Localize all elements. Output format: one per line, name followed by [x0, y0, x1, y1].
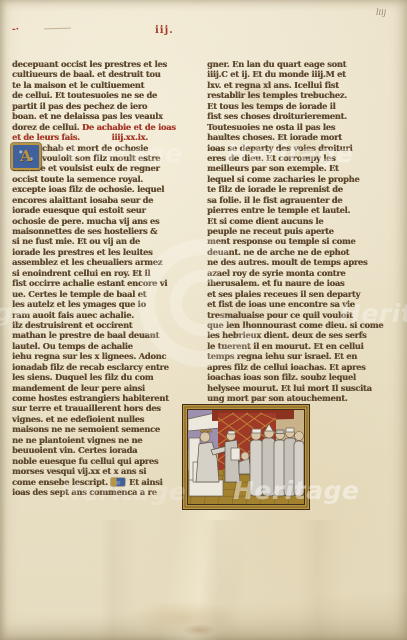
text-line: ochosie de pere. mucha vij ans es	[12, 216, 176, 226]
kneeling-figure	[239, 452, 251, 474]
body-text: te la maison et le cultiuement	[12, 80, 144, 90]
text-line: occist toute la semence royal.	[12, 174, 176, 184]
body-text: peuple ne receut puis aperte	[207, 226, 334, 236]
body-text: mandement de leur pere ainsi	[12, 383, 145, 393]
parchment-stain	[182, 624, 216, 636]
text-line: chab et mort de ochosie	[42, 143, 176, 153]
text-line: gner. En lan du quart eage sont	[207, 59, 349, 69]
body-text: ne des autres. moult de temps apres	[207, 257, 367, 267]
text-line: helysee mourut. Et lui mort Il suscita	[207, 383, 349, 393]
body-text: come hostes estrangiers habiterent	[12, 393, 169, 403]
text-line: iehu regna sur les x lignees. Adonc	[12, 351, 176, 361]
text-line: boan. et ne delaissa pas les veaulx	[12, 111, 176, 121]
body-text: maisons ne ne semoient semence	[12, 424, 160, 434]
body-text: apres filz de cellui ioachas. Et apres	[207, 362, 366, 372]
body-text: tresmaluaise pour ce quil vouloit	[207, 310, 353, 320]
body-text: assemblez et les cheualiers armez	[12, 257, 162, 267]
body-text: sur terre et trauaillerent hors des	[12, 403, 161, 413]
initial-letter: A	[20, 149, 32, 164]
body-text: boan. et ne delaissa pas les veaulx	[12, 111, 163, 121]
body-text: iiij.C et ij. Et du monde iiij.M et	[207, 69, 346, 79]
body-text: fist ses choses droiturierement.	[207, 111, 347, 121]
body-text: Toutesuoies ne osta il pas les	[207, 122, 335, 132]
text-line: beuuoient vin. Certes iorada	[12, 445, 176, 455]
body-text: restablir les temples trebuchez.	[207, 90, 347, 100]
text-line: sa folie. il le fist agrauenter de	[207, 195, 349, 205]
book	[231, 448, 240, 460]
text-line: come ensebe lescript. Et ainsi	[12, 477, 176, 487]
body-text: vignes. et ne edefioient nulles	[12, 414, 144, 424]
text-line: mandement de leur pere ainsi	[12, 383, 176, 393]
body-text: te filz de iorade le reprenist de	[207, 184, 343, 194]
text-line: maisonnettes de ses hosteliers &	[12, 226, 176, 236]
body-text: les autelz et les ymages que io	[12, 299, 146, 309]
body-text: fist occirre achalie estant encore vi	[12, 278, 167, 288]
text-line: les siens. Duquel les filz du com	[12, 372, 176, 382]
body-text: encores alaittant iosaba seur de	[12, 195, 153, 205]
body-text: morses vesqui vij.xx et x ans si	[12, 466, 146, 476]
text-line: le tuerent il en mourut. Et en cellui	[207, 341, 349, 351]
body-text: de cellui. Et toutesuoies ne se de	[12, 90, 157, 100]
body-text: les siens. Duquel les filz du com	[12, 372, 153, 382]
text-line: temps regna iehu sur israel. Et en	[207, 351, 349, 361]
body-text: et fist de ioas une encontre sa vie	[207, 299, 355, 309]
body-text: pierres entre le temple et lautel.	[207, 205, 350, 215]
body-text: meilleurs par son exemple. Et	[207, 163, 339, 173]
text-line: ioachas ioas son filz. soubz lequel	[207, 372, 349, 382]
text-line: ram auoit fais auec achalie.	[12, 310, 176, 320]
body-text: le tuerent il en mourut. Et en cellui	[207, 341, 363, 351]
body-text: azael roy de syrie monta contre	[207, 268, 345, 278]
text-line: ung mort par son atouchement.	[207, 393, 349, 403]
body-text: ne ne plantoient vignes ne ne	[12, 435, 142, 445]
text-line: de cellui. Et toutesuoies ne se de	[12, 90, 176, 100]
text-line: iorade les prestres et les leuites	[12, 247, 176, 257]
text-line: haultes choses. Et iorade mort	[207, 132, 349, 142]
text-line: excepte ioas filz de ochosie. lequel	[12, 184, 176, 194]
margin-mark: -·	[12, 25, 19, 35]
body-text: chab et mort de ochosie	[42, 143, 148, 153]
rubric-text: De achabie et de ioas	[82, 122, 176, 132]
text-line: fist occirre achalie estant encore vi	[12, 278, 176, 288]
text-column-right: gner. En lan du quart eage sontiiij.C et…	[207, 59, 349, 403]
body-text: beuuoient vin. Certes iorada	[12, 445, 137, 455]
paraph-mark-icon	[111, 478, 125, 486]
body-text: cultiueurs de baal. et destruit tou	[12, 69, 160, 79]
body-text: vouloit son filz moult estre	[42, 153, 160, 163]
text-line: lautel. Ou temps de achalie	[12, 341, 176, 351]
text-line: Toutesuoies ne osta il pas les	[207, 122, 349, 132]
text-line: et fist de ioas une encontre sa vie	[207, 299, 349, 309]
text-line: peuple ne receut puis aperte	[207, 226, 349, 236]
text-line: ne ne plantoient vignes ne ne	[12, 435, 176, 445]
text-line: ioas se departy des voies droituri	[207, 143, 349, 153]
parchment-page: -· iij. liij decepuant occist les prestr…	[0, 0, 407, 640]
text-line: te filz de iorade le reprenist de	[207, 184, 349, 194]
text-line: ilz destruisirent et occirent	[12, 320, 176, 330]
body-text: sa folie. il le fist agrauenter de	[207, 195, 342, 205]
text-line: vouloit son filz moult estre	[42, 153, 176, 163]
text-line: ionadab filz de recab esclarcy entre	[12, 362, 176, 372]
body-text: les hebrieux dient. deux de ses serfs	[207, 330, 366, 340]
text-line: les hebrieux dient. deux de ses serfs	[207, 330, 349, 340]
text-line: tresmaluaise pour ce quil vouloit	[207, 310, 349, 320]
body-text: ung mort par son atouchement.	[207, 393, 347, 403]
text-line: dorez de cellui. De achabie et de ioas	[12, 122, 176, 132]
illuminated-initial: A	[11, 143, 41, 170]
text-line: apres filz de cellui ioachas. Et apres	[207, 362, 349, 372]
rubric-text: et de leurs fais.	[12, 132, 80, 142]
parchment-wrinkle	[40, 520, 370, 640]
body-text: partit il pas des pechez de iero	[12, 101, 147, 111]
text-line: partit il pas des pechez de iero	[12, 101, 176, 111]
parchment-wrinkle	[0, 500, 407, 640]
body-text: ue. Certes le temple de baal et	[12, 289, 146, 299]
text-line: si ne fust mie. Et ou vij an de	[12, 236, 176, 246]
text-line: pierres entre le temple et lautel.	[207, 205, 349, 215]
text-line: come hostes estrangiers habiterent	[12, 393, 176, 403]
text-line: mathan le prestre de baal deuant	[12, 330, 176, 340]
body-text: temps regna iehu sur israel. Et en	[207, 351, 357, 361]
body-text: dorez de cellui.	[12, 122, 82, 132]
body-text: come ensebe lescript.	[12, 477, 110, 487]
text-line: ue. Certes le temple de baal et	[12, 289, 176, 299]
body-text: ionadab filz de recab esclarcy entre	[12, 362, 169, 372]
crown-icon	[200, 429, 212, 432]
chapter-header-numeral: iij.	[155, 25, 174, 36]
folio-number: liij	[376, 8, 386, 17]
text-column-left: decepuant occist les prestres et lescult…	[12, 59, 176, 497]
parchment-wrinkle	[0, 560, 407, 640]
body-text: noble euesque fu cellui qui apres	[12, 456, 158, 466]
body-text: deuant. ne de arche ne de ephot	[207, 247, 349, 257]
text-line: ne des autres. moult de temps apres	[207, 257, 349, 267]
text-line: restablir les temples trebuchez.	[207, 90, 349, 100]
text-line: iorade euesque qui estoit seur	[12, 205, 176, 215]
body-text: ioachas ioas son filz. soubz lequel	[207, 372, 356, 382]
text-line: vignes. et ne edefioient nulles	[12, 414, 176, 424]
text-line: les autelz et les ymages que io	[12, 299, 176, 309]
body-text: maisonnettes de ses hosteliers &	[12, 226, 157, 236]
body-text: excepte ioas filz de ochosie. lequel	[12, 184, 164, 194]
body-text: helysee mourut. Et lui mort Il suscita	[207, 383, 372, 393]
body-text: occist toute la semence royal.	[12, 174, 143, 184]
miniature-illustration	[182, 404, 310, 510]
body-text: que len lhonnourast come dieu. si come	[207, 320, 383, 330]
text-line: Et si come dient aucuns le	[207, 216, 349, 226]
body-text: mathan le prestre de baal deuant	[12, 330, 159, 340]
text-line: decepuant occist les prestres et les	[12, 59, 176, 69]
text-line: et de leurs fais. iiij.xx.ix.	[12, 132, 176, 142]
body-text: si ne fust mie. Et ou vij an de	[12, 236, 140, 246]
text-line: ment response ou temple si come	[207, 236, 349, 246]
rubric-text: iiij.xx.ix.	[111, 132, 147, 142]
body-text: haultes choses. Et iorade mort	[207, 132, 342, 142]
text-line: lequel si come zacharies le prophe	[207, 174, 349, 184]
text-line: maisons ne ne semoient semence	[12, 424, 176, 434]
text-line: deuant. ne de arche ne de ephot	[207, 247, 349, 257]
body-text: et ses plaies receues il sen departy	[207, 289, 360, 299]
text-line: iherusalem. et fu naure de ioas	[207, 278, 349, 288]
text-line: te la maison et le cultiuement	[12, 80, 176, 90]
body-text: ioas des sept ans commenca a re	[12, 487, 157, 497]
body-text: ram auoit fais auec achalie.	[12, 310, 134, 320]
text-line: assemblez et les cheualiers armez	[12, 257, 176, 267]
body-text	[80, 132, 112, 142]
text-line: encores alaittant iosaba seur de	[12, 195, 176, 205]
text-line: Et tous les temps de iorade il	[207, 101, 349, 111]
text-line: iiij.C et ij. Et du monde iiij.M et	[207, 69, 349, 79]
body-text: lxv. et regna xl ans. Icellui fist	[207, 80, 339, 90]
text-line: morses vesqui vij.xx et x ans si	[12, 466, 176, 476]
body-text: lautel. Ou temps de achalie	[12, 341, 133, 351]
throne-base	[189, 480, 223, 496]
body-text: iorade les prestres et les leuites	[12, 247, 152, 257]
text-line: azael roy de syrie monta contre	[207, 268, 349, 278]
text-line: lxv. et regna xl ans. Icellui fist	[207, 80, 349, 90]
text-line: ioas des sept ans commenca a re	[12, 487, 176, 497]
text-line: fist ses choses droiturierement.	[207, 111, 349, 121]
group-of-figures	[250, 424, 304, 496]
body-text: iehu regna sur les x lignees. Adonc	[12, 351, 166, 361]
body-text: iherusalem. et fu naure de ioas	[207, 278, 344, 288]
body-text: ilz destruisirent et occirent	[12, 320, 132, 330]
body-text: decepuant occist les prestres et les	[12, 59, 167, 69]
body-text: ioas se departy des voies droituri	[207, 143, 352, 153]
body-text: Et tous les temps de iorade il	[207, 101, 335, 111]
text-line: sur terre et trauaillerent hors des	[12, 403, 176, 413]
parchment-stain	[128, 600, 238, 634]
body-text: si enoindrent cellui en roy. Et il	[12, 268, 150, 278]
text-line: eres de dieu. Et corrompy les	[207, 153, 349, 163]
text-line: et ses plaies receues il sen departy	[207, 289, 349, 299]
text-line: que len lhonnourast come dieu. si come	[207, 320, 349, 330]
body-text: gner. En lan du quart eage sont	[207, 59, 346, 69]
body-text: ment response ou temple si come	[207, 236, 355, 246]
body-text: lequel si come zacharies le prophe	[207, 174, 359, 184]
manuscript-photo: { "page": { "header_numeral": "iij.", "f…	[0, 0, 407, 640]
pen-trial-line	[44, 28, 71, 30]
body-text: ochosie de pere. mucha vij ans es	[12, 216, 159, 226]
body-text: eres de dieu. Et corrompy les	[207, 153, 336, 163]
body-text: Et ainsi	[126, 477, 162, 487]
body-text: iorade euesque qui estoit seur	[12, 205, 146, 215]
text-line: meilleurs par son exemple. Et	[207, 163, 349, 173]
text-line: cultiueurs de baal. et destruit tou	[12, 69, 176, 79]
text-line: si enoindrent cellui en roy. Et il	[12, 268, 176, 278]
body-text: Et si come dient aucuns le	[207, 216, 323, 226]
text-line: noble euesque fu cellui qui apres	[12, 456, 176, 466]
